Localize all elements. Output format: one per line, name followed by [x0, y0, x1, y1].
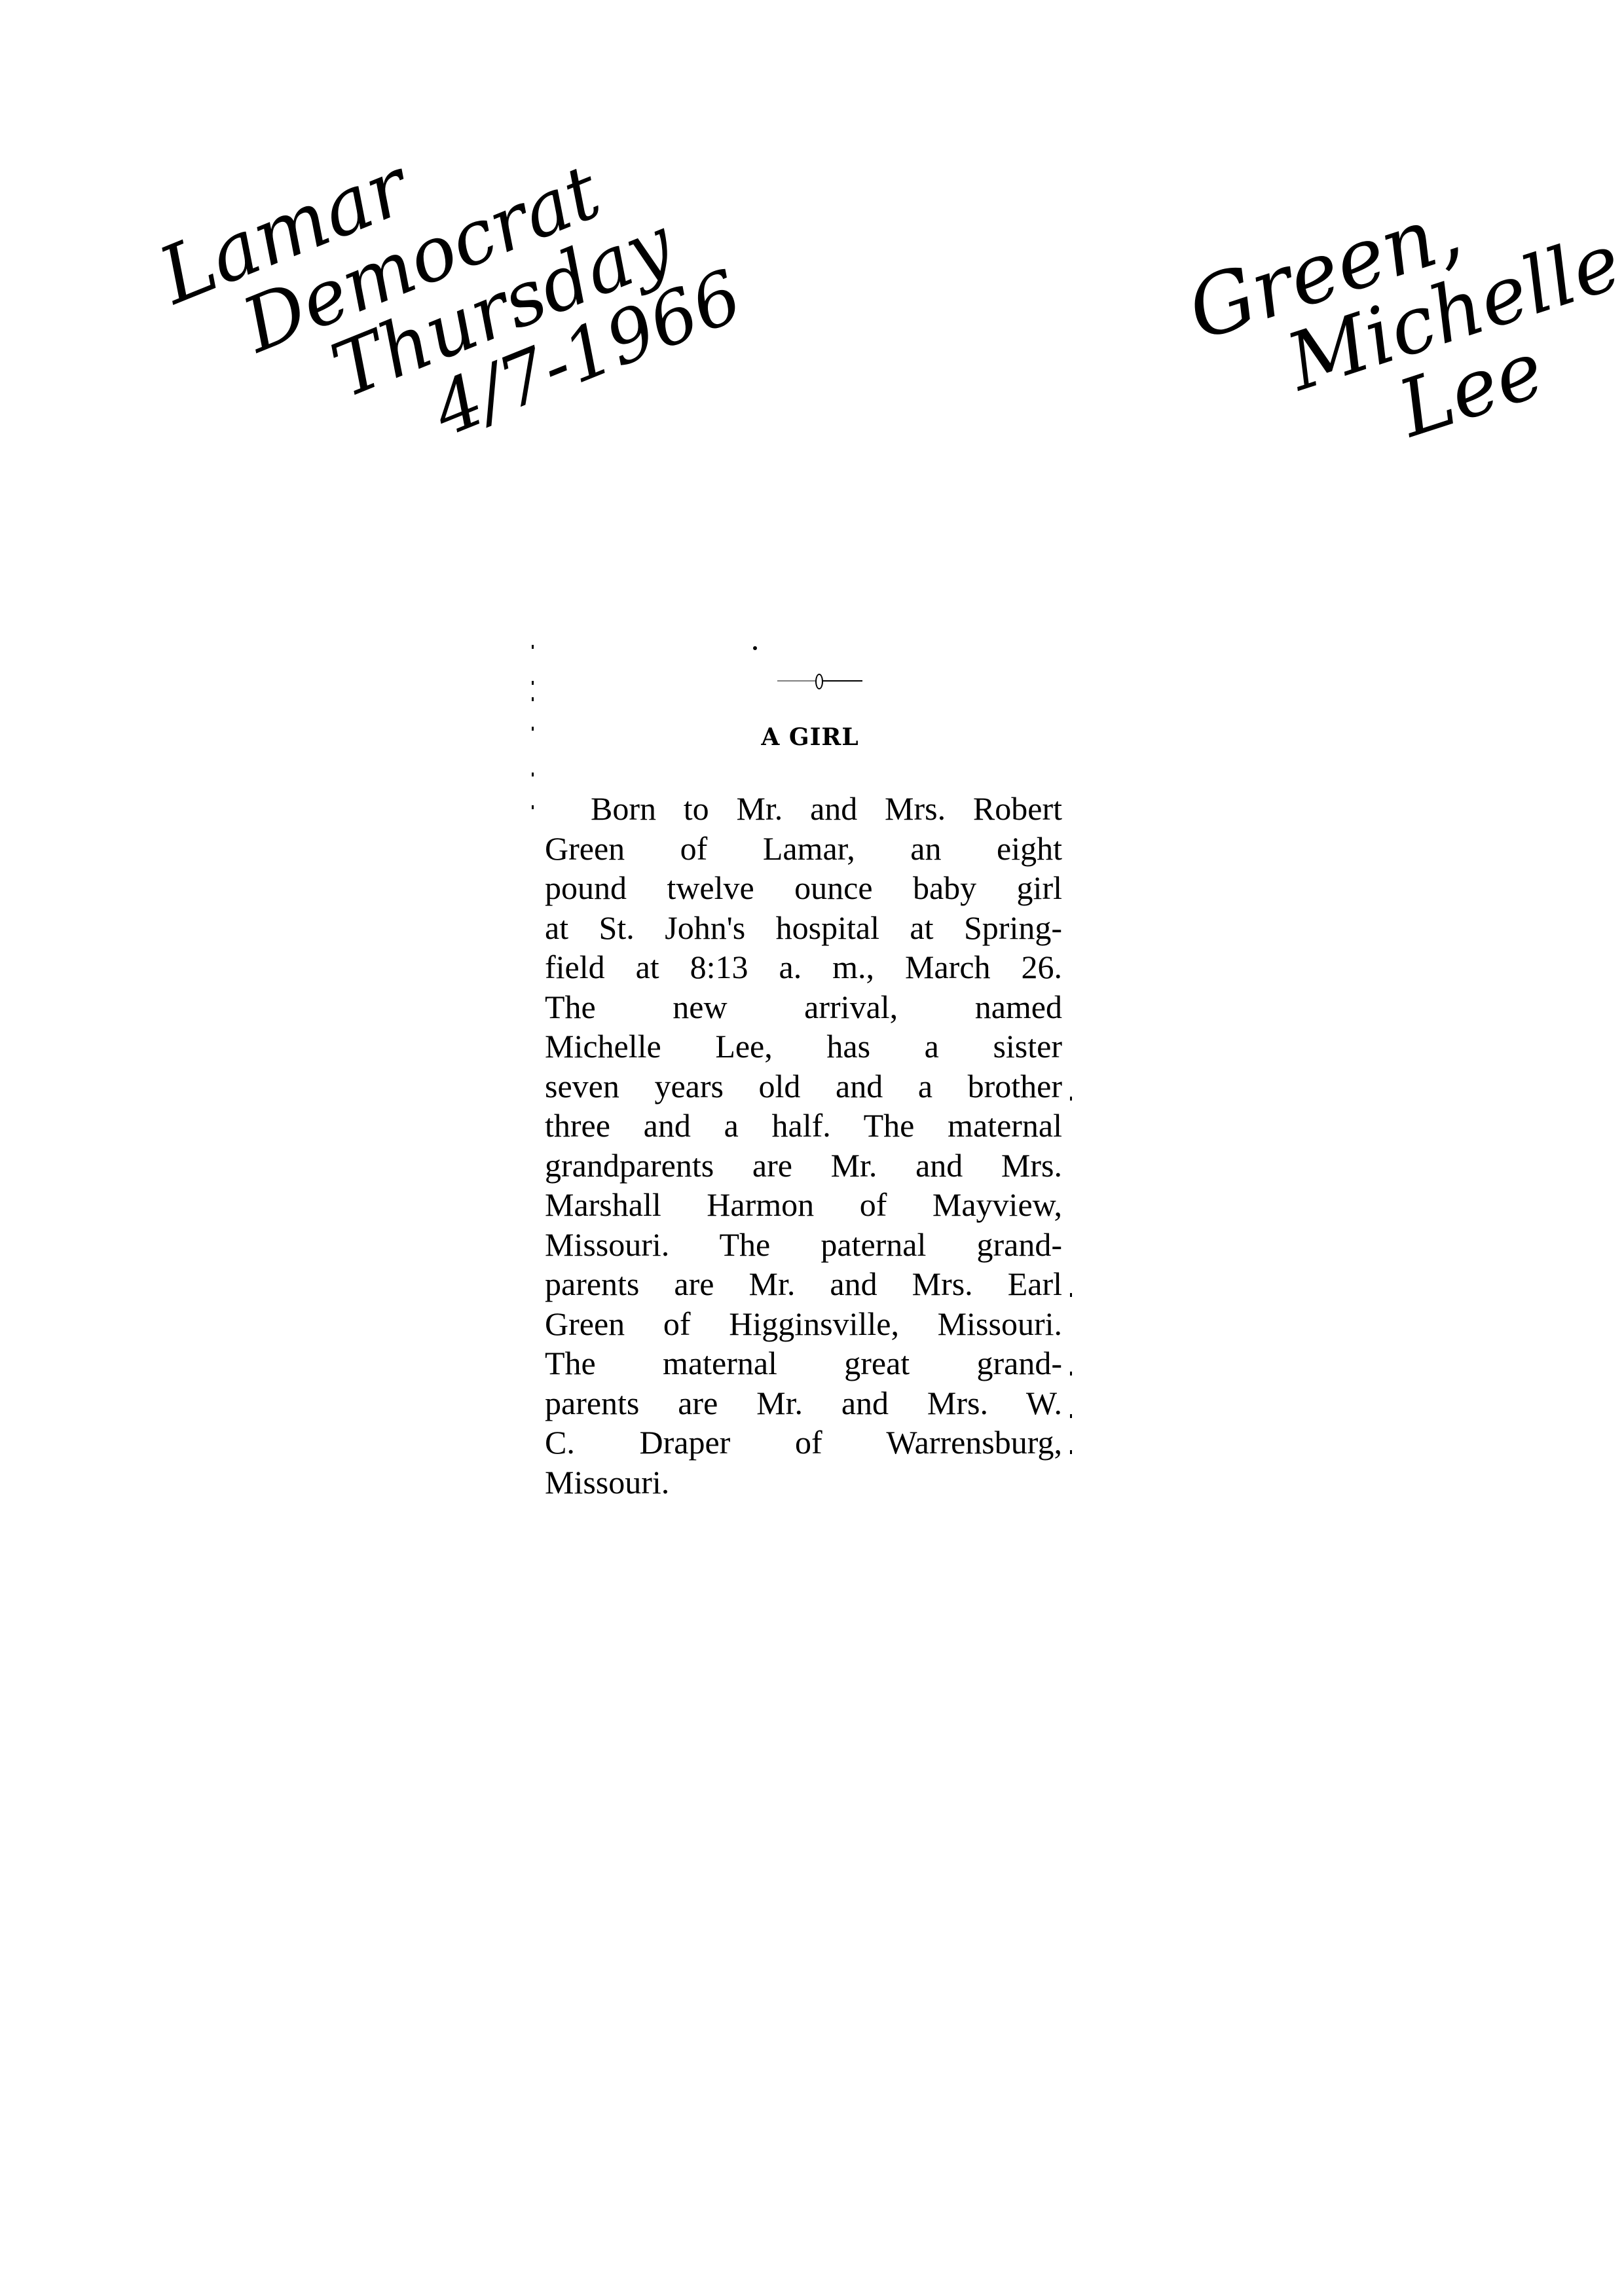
- body-line: parents are Mr. and Mrs. W.: [545, 1383, 1062, 1423]
- body-line: seven years old and a brother: [545, 1066, 1062, 1106]
- body-line: Missouri.: [545, 1463, 1062, 1503]
- body-line: Marshall Harmon of Mayview,: [545, 1185, 1062, 1225]
- body-line: field at 8:13 a. m., March 26.: [545, 947, 1062, 987]
- handwritten-source-note: Lamar Democrat Thursday 4/7-1966: [138, 46, 750, 528]
- clipping-edge-mark: [532, 697, 534, 701]
- body-line: Born to Mr. and Mrs. Robert: [545, 789, 1062, 829]
- body-line: at St. John's hospital at Spring-: [545, 908, 1062, 948]
- clipping-edge-mark: [753, 646, 757, 650]
- ornamental-divider: [777, 671, 862, 691]
- clipping-edge-mark: [532, 645, 534, 649]
- body-line: parents are Mr. and Mrs. Earl: [545, 1264, 1062, 1304]
- body-line: C. Draper of Warrensburg,: [545, 1423, 1062, 1463]
- divider-line-left: [777, 680, 815, 682]
- body-line: The new arrival, named: [545, 987, 1062, 1027]
- divider-line-right: [822, 680, 862, 682]
- body-line: Green of Higginsville, Missouri.: [545, 1304, 1062, 1344]
- body-line: three and a half. The maternal: [545, 1106, 1062, 1146]
- divider-ornament: [815, 674, 823, 689]
- body-line: Michelle Lee, has a sister: [545, 1027, 1062, 1066]
- clipping-edge-mark: [1070, 1414, 1072, 1418]
- clipping-edge-mark: [1070, 1097, 1072, 1101]
- clipping-edge-mark: [532, 681, 534, 685]
- body-line: Missouri. The paternal grand-: [545, 1225, 1062, 1265]
- clipping-edge-mark: [532, 805, 534, 809]
- clipping-body: Born to Mr. and Mrs. Robert Green of Lam…: [545, 789, 1062, 1502]
- body-line: The maternal great grand-: [545, 1343, 1062, 1383]
- handwritten-subject-name: Green, Michelle Lee: [1179, 145, 1624, 502]
- body-line: pound twelve ounce baby girl: [545, 868, 1062, 908]
- body-line: grandparents are Mr. and Mrs.: [545, 1146, 1062, 1186]
- body-line: Green of Lamar, an eight: [545, 829, 1062, 869]
- clipping-edge-mark: [1070, 1450, 1072, 1454]
- clipping-headline: A GIRL: [532, 723, 1088, 751]
- newspaper-clipping: A GIRL Born to Mr. and Mrs. Robert Green…: [532, 638, 1088, 1542]
- clipping-edge-mark: [1070, 1372, 1072, 1376]
- clipping-edge-mark: [532, 773, 534, 776]
- clipping-edge-mark: [1070, 1293, 1072, 1297]
